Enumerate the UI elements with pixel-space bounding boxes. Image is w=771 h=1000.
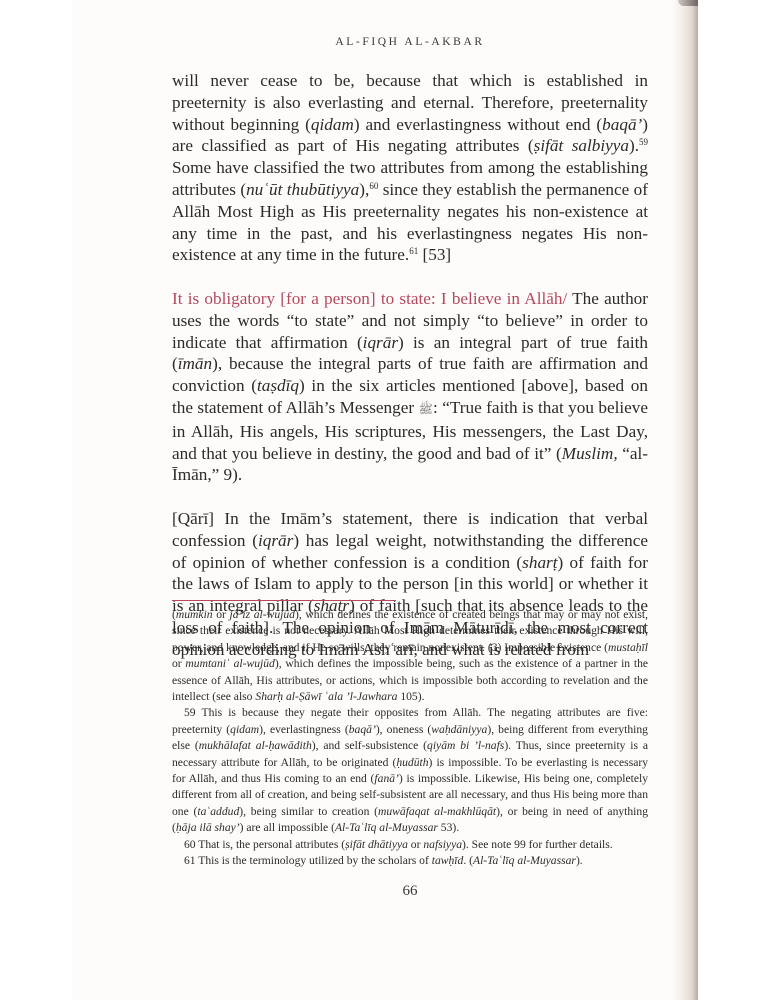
page-number: 66 (172, 883, 648, 900)
italic-term: ṣifāt salbiyya (534, 136, 629, 155)
italic-term: Al-Taʿlīq al-Muyassar (473, 854, 576, 867)
italic-term: mustaḥīl (608, 641, 648, 654)
italic-term: iqrār (258, 531, 293, 550)
italic-term: qidam (230, 723, 259, 736)
italic-term: sharṭ (522, 553, 557, 572)
italic-term: tawḥīd (432, 854, 464, 867)
page-corner-shadow (678, 0, 698, 6)
italic-term: īmān (178, 354, 212, 373)
paragraph: will never cease to be, because that whi… (172, 70, 648, 266)
italic-term: baqā’ (349, 723, 376, 736)
salawat-icon: ﷺ (419, 402, 434, 416)
italic-term: Sharḥ al-Ṣāwī ʿala ’l-Jawhara (255, 690, 397, 703)
main-text: will never cease to be, because that whi… (172, 70, 648, 682)
italic-term: Al-Taʿlīq al-Muyassar (335, 821, 438, 834)
italic-term: mumtaniʿ al-wujūd (185, 657, 274, 670)
italic-term: taʿaddud (197, 805, 239, 818)
italic-term: taṣdīq (257, 376, 299, 395)
italic-term: muwāfaqat al-makhlūqāt (378, 805, 496, 818)
footnote-ref: 60 (369, 181, 378, 191)
footnote-continued: (mumkin or jā’iz al-wujūd), which define… (172, 607, 648, 705)
italic-term: jā’iz al-wujūd (230, 608, 295, 621)
footnote-rule (172, 600, 396, 601)
italic-term: iqrār (363, 333, 398, 352)
italic-term: fanā’ (374, 772, 398, 785)
footnote-ref: 59 (639, 137, 648, 147)
italic-term: baqā’ (602, 115, 642, 134)
italic-term: ḥāja ilā shay’ (176, 821, 240, 834)
italic-term: ḥudūth (396, 756, 428, 769)
italic-term: ṣifāt dhātiyya (345, 838, 408, 851)
running-head: AL-FIQH AL-AKBAR (172, 36, 648, 48)
paragraph: It is obligatory [for a person] to state… (172, 288, 648, 486)
footnote-60: 60 That is, the personal attributes (ṣif… (172, 837, 648, 853)
page-gutter-shadow (672, 0, 698, 1000)
italic-term: nuʿūt thubūtiyya (246, 180, 359, 199)
footnote-61: 61 This is the terminology utilized by t… (172, 853, 648, 869)
italic-term: mumkin (176, 608, 213, 621)
italic-term: qiyām bi ’l-nafs (427, 739, 504, 752)
italic-term: nafsiyya (423, 838, 462, 851)
base-text-quote: It is obligatory [for a person] to state… (172, 289, 567, 308)
footnote-ref: 61 (409, 246, 418, 256)
footnote-59: 59 This is because they negate their opp… (172, 705, 648, 836)
italic-term: qidam (311, 115, 354, 134)
footnotes: (mumkin or jā’iz al-wujūd), which define… (172, 607, 648, 870)
italic-term: Muslim, (562, 444, 618, 463)
italic-term: waḥdāniyya (431, 723, 487, 736)
italic-term: mukhālafat al-ḥawādith (199, 739, 312, 752)
